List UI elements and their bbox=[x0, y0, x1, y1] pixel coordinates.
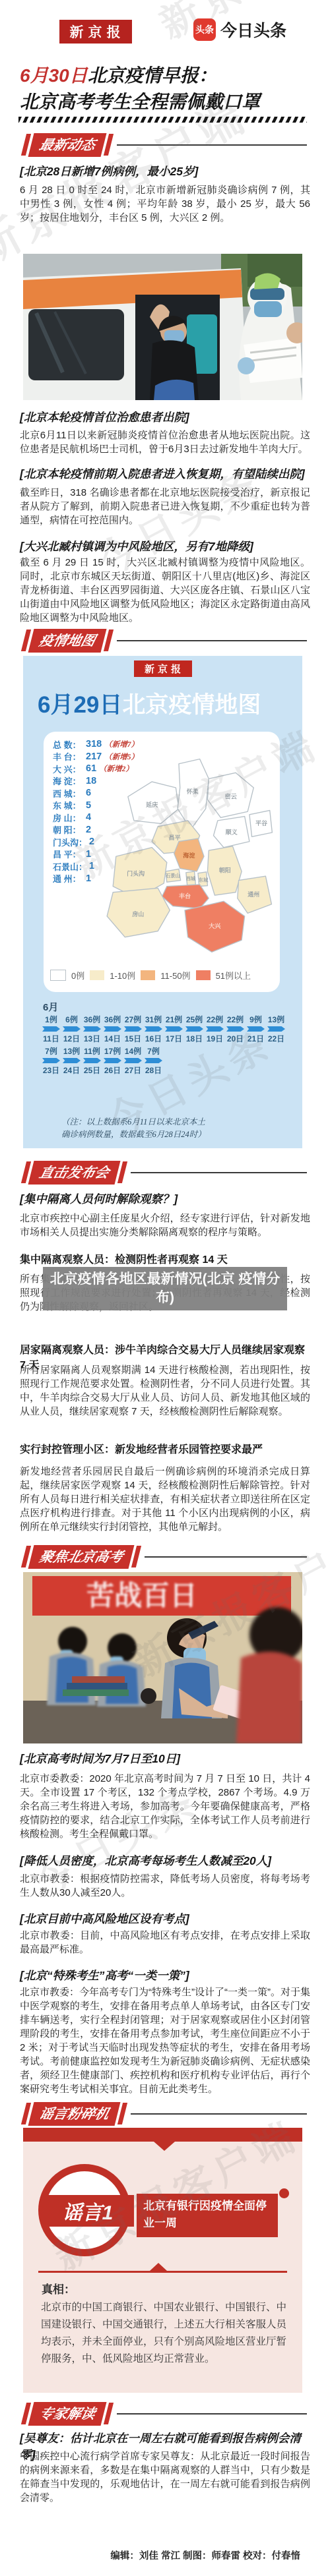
section-rule bbox=[145, 1556, 307, 1558]
photo-gaokao-classroom: 苦战百日 bbox=[23, 1572, 302, 1743]
stat-row: 门头沟：2 bbox=[53, 836, 94, 848]
section-header-expert: 专家解读 bbox=[24, 2403, 307, 2424]
video-caption-overlay: 北京疫情各地区最新情况(北京 疫情分布) bbox=[43, 1267, 287, 1310]
stat-row: 总 数：318（新增7） bbox=[53, 738, 139, 751]
legend-swatch-2 bbox=[141, 970, 155, 980]
subheading: 集中隔离观察人员：检测阴性者再观察 14 天 bbox=[20, 1251, 313, 1266]
paragraph: 所有居家隔离人员观察期满 14 天进行核酸检测，若出现阳性，按照现行工作规范要求… bbox=[20, 1363, 310, 1419]
legend-label: 11-50例 bbox=[160, 969, 190, 981]
stat-row: 丰 台：217（新增5） bbox=[53, 751, 139, 763]
district-label: 昌平 bbox=[169, 834, 181, 841]
district-label: 密云 bbox=[225, 792, 237, 800]
subheading: 实行封控管理小区：新发地经营者乐园管控要求最严 bbox=[20, 1441, 313, 1456]
timeline-col: 14例27日 bbox=[123, 1045, 143, 1076]
district-label: 大兴 bbox=[209, 922, 221, 929]
heading: [降低人员密度，北京高考每场考生人数减至20人] bbox=[20, 1852, 313, 1869]
truth-text: 北京市的中国工商银行、中国农业银行、中国银行、中国建设银行、中国交通银行，上述五… bbox=[41, 2299, 286, 2368]
paragraph: 北京市教委：目前，中高风险地区有考点安排，在考点安排上采取最高最严标准。 bbox=[20, 1929, 310, 1956]
stat-row: 朝 阳：2 bbox=[53, 824, 91, 836]
timeline-col: 25例18日 bbox=[185, 1014, 204, 1044]
legend-label: 1-10例 bbox=[110, 969, 135, 981]
legend-swatch-1 bbox=[90, 970, 104, 980]
arrow-icon bbox=[124, 1026, 142, 1032]
arrow-icon bbox=[185, 1026, 203, 1032]
timeline-col: 36例14日 bbox=[103, 1014, 122, 1044]
timeline-col: 22例20日 bbox=[226, 1014, 245, 1044]
rumor-claim-box: 北京有银行因疫情全面停业一周 bbox=[137, 2194, 278, 2237]
arrow-icon bbox=[42, 1026, 60, 1032]
stat-row: 石景山：1 bbox=[53, 860, 94, 873]
rumor-badge-label: 谣言1 bbox=[42, 2195, 134, 2227]
photo-ambulance-discharge bbox=[23, 254, 302, 400]
district-label: 丰台 bbox=[179, 893, 191, 900]
dashed-separator bbox=[18, 117, 307, 123]
paragraph: 北京市委教委：2020 年北京高考时间为 7 月 7 日至 10 日，共计 4 … bbox=[20, 1772, 310, 1841]
title-rest: 北京疫情早报： bbox=[88, 65, 217, 86]
timeline-col: 27例15日 bbox=[123, 1014, 143, 1044]
section-rule bbox=[131, 1172, 307, 1173]
district-label: 顺义 bbox=[226, 829, 238, 836]
photo-classroom-illustration: 苦战百日 bbox=[23, 1572, 302, 1743]
district-label: 门头沟 bbox=[127, 869, 145, 877]
arrow-icon bbox=[206, 1026, 224, 1032]
district-label: 通州 bbox=[247, 891, 259, 898]
article-page: 新京报 头条 今日头条 6月30日北京疫情早报： 北京高考考生全程需佩戴口罩 最… bbox=[0, 0, 330, 2576]
timeline-col: 7例23日 bbox=[42, 1045, 61, 1076]
section-label: 谣言粉碎机 bbox=[28, 2102, 121, 2126]
page-title: 6月30日北京疫情早报： 北京高考考生全程需佩戴口罩 bbox=[20, 63, 317, 115]
map-legend: 0例 1-10例 11-50例 51例以上 bbox=[50, 969, 251, 981]
timeline-col: 31例16日 bbox=[144, 1014, 163, 1044]
timeline-row-1: 1例11日 6例12日 36例13日 36例14日 27例15日 31例16日 … bbox=[42, 1014, 286, 1044]
title-line2: 北京高考考生全程需佩戴口罩 bbox=[20, 92, 260, 112]
stat-row: 大 兴：61（新增2） bbox=[53, 763, 133, 775]
section-header-latest: 最新动态 bbox=[24, 134, 307, 156]
district-label: 海淀 bbox=[183, 852, 195, 859]
arrow-icon bbox=[63, 1058, 81, 1063]
timeline-col: 36例13日 bbox=[82, 1014, 102, 1044]
photo-ambulance-illustration bbox=[23, 254, 302, 400]
arrow-icon bbox=[83, 1026, 101, 1032]
legend-label: 51例以上 bbox=[216, 969, 251, 981]
paragraph: 北京市教委：根据疫情防控需求，降低考场人员密度，将每考场考生人数从30人减至20… bbox=[20, 1872, 310, 1900]
section-rule bbox=[117, 144, 307, 146]
timeline-col: 9例21日 bbox=[246, 1014, 265, 1044]
paragraph: 6 月 28 日 0 时至 24 时，北京市新增新冠肺炎确诊病例 7 例，其中男… bbox=[20, 183, 310, 225]
epidemic-map-infographic: 新京报 6月29日北京疫情地图 总 数：318（新增7） 丰 台：217（新增5… bbox=[23, 656, 302, 1148]
legend-swatch-3 bbox=[196, 970, 211, 980]
truth-label: 真相： bbox=[42, 2280, 75, 2297]
district-label: 东城 bbox=[199, 877, 209, 883]
arrow-icon bbox=[104, 1058, 121, 1063]
map-brand-logo: 新京报 bbox=[134, 660, 192, 677]
heading: [北京目前中高风险地区设有考点] bbox=[20, 1910, 313, 1927]
map-title-date: 6月29日 bbox=[38, 692, 122, 718]
overlay-caption-text: 北京疫情各地区最新情况(北京 疫情分布) bbox=[49, 1270, 280, 1307]
section-rule bbox=[131, 2113, 307, 2115]
editor-credits: 编辑：刘佳 常江 制图：师春雷 校对：付春愔 bbox=[110, 2548, 300, 2562]
xinjingbao-logo: 新京报 bbox=[59, 20, 132, 44]
timeline-col: 17例26日 bbox=[103, 1045, 122, 1076]
paragraph: 中国疾控中心流行病学首席专家吴尊友：从北京最近一段时间报告的病例来源来看，多数是… bbox=[20, 2449, 310, 2505]
heading: [北京本轮疫情前期入院患者进入恢复期，有望陆续出院] bbox=[20, 465, 313, 482]
arrow-icon bbox=[104, 1026, 121, 1032]
section-label: 专家解读 bbox=[28, 2402, 107, 2426]
map-title: 6月29日北京疫情地图 bbox=[38, 687, 295, 720]
heading: [北京“特殊考生”高考“一类一策”] bbox=[20, 1967, 313, 1983]
legend-label: 0例 bbox=[71, 969, 84, 981]
section-header-presser: 直击发布会 bbox=[24, 1161, 307, 1183]
section-rule bbox=[117, 2413, 307, 2415]
section-label: 聚焦北京高考 bbox=[28, 1545, 135, 1569]
stat-row: 海 淀：18 bbox=[53, 775, 96, 788]
rumor-divider bbox=[38, 2271, 287, 2273]
map-title-rest: 北京疫情地图 bbox=[122, 692, 261, 718]
arrow-icon bbox=[63, 1026, 81, 1032]
arrow-icon bbox=[42, 1058, 60, 1063]
timeline-col: 11例25日 bbox=[82, 1045, 102, 1076]
heading: [北京高考时间为7月7日至10日] bbox=[20, 1750, 313, 1767]
arrow-icon bbox=[145, 1026, 162, 1032]
district-label: 延庆 bbox=[146, 801, 158, 808]
section-label: 疫情地图 bbox=[28, 629, 107, 653]
paragraph: 北京市教委：今年高考专门为“特殊考生”设计了“一类一策”。对于集中医学观察的考生… bbox=[20, 1985, 310, 2096]
beijing-districts-map: 延庆 怀柔 密云 平谷 顺义 昌平 门头沟 海淀 石景山 西城 东城 朝阳 通州… bbox=[95, 746, 275, 964]
paragraph: 截至昨日，318 名确诊患者都在北京地坛医院接受治疗，新京报记者从院方了解到，前… bbox=[20, 486, 310, 527]
timeline-col: 1例11日 bbox=[42, 1014, 61, 1044]
district-label: 朝阳 bbox=[219, 867, 231, 874]
heading: [北京28日新增7例病例，最小25岁] bbox=[20, 163, 313, 179]
timeline-col: 7例28日 bbox=[144, 1045, 163, 1076]
title-date: 6月30日 bbox=[20, 65, 88, 86]
district-label: 平谷 bbox=[255, 819, 267, 827]
district-label: 石景山 bbox=[165, 873, 180, 879]
toutiao-app-icon: 头条 bbox=[193, 18, 216, 41]
arrow-icon bbox=[165, 1026, 183, 1032]
stat-row: 东 城：5 bbox=[53, 800, 91, 812]
arrow-icon bbox=[145, 1058, 162, 1063]
arrow-icon bbox=[247, 1026, 265, 1032]
map-footnote: （注：以上数据系6月11日以来北京本土确诊病例数量，数据截至6月28日24时） bbox=[61, 1116, 206, 1141]
rumor-crusher-card: 谣言1 北京有银行因疫情全面停业一周 真相： 北京市的中国工商银行、中国农业银行… bbox=[23, 2128, 302, 2393]
rumor-top-bar bbox=[23, 2128, 302, 2142]
district-label: 怀柔 bbox=[186, 788, 199, 795]
heading: [集中隔离人员何时解除观察？] bbox=[20, 1190, 313, 1207]
arrow-icon bbox=[226, 1026, 244, 1032]
stat-row: 西 城：6 bbox=[53, 787, 91, 800]
timeline-row-2: 7例23日 13例24日 11例25日 17例26日 14例27日 7例28日 bbox=[42, 1045, 163, 1076]
arrow-icon bbox=[83, 1058, 101, 1063]
stat-row: 昌 平：1 bbox=[53, 848, 91, 861]
timeline-col: 6例12日 bbox=[62, 1014, 81, 1044]
section-header-gaokao: 聚焦北京高考 bbox=[24, 1546, 307, 1567]
timeline-col: 13例24日 bbox=[62, 1045, 81, 1076]
map-panel: 总 数：318（新增7） 丰 台：217（新增5） 大 兴：61（新增2） 海 … bbox=[44, 732, 280, 992]
toutiao-name: 今日头条 bbox=[220, 18, 286, 42]
rumor-notch-icon bbox=[154, 2142, 175, 2151]
timeline-col: 21例17日 bbox=[164, 1014, 183, 1044]
timeline-month-label: 6月 bbox=[43, 1000, 58, 1014]
timeline-col: 22例19日 bbox=[205, 1014, 224, 1044]
section-rule bbox=[117, 640, 307, 641]
section-header-rumor: 谣言粉碎机 bbox=[24, 2103, 307, 2124]
timeline-col: 13例22日 bbox=[267, 1014, 286, 1044]
heading: [北京本轮疫情首位治愈患者出院] bbox=[20, 409, 313, 425]
district-label: 西城 bbox=[186, 876, 196, 882]
legend-swatch-0 bbox=[50, 970, 66, 981]
heading: [大兴北臧村镇调为中风险地区，另有7地降级] bbox=[20, 538, 313, 554]
arrow-icon bbox=[267, 1026, 285, 1032]
paragraph: 截至 6 月 29 日 15 时，大兴区北臧村镇调整为疫情中风险地区。同时，北京… bbox=[20, 556, 310, 625]
section-label: 直击发布会 bbox=[28, 1161, 121, 1185]
stat-row: 房 山：4 bbox=[53, 811, 91, 824]
stat-row: 通 州：1 bbox=[53, 873, 91, 885]
section-header-map: 疫情地图 bbox=[24, 629, 307, 651]
classroom-banner-text: 苦战百日 bbox=[86, 1580, 197, 1611]
toutiao-brand: 头条 今日头条 bbox=[193, 18, 286, 42]
rumor-dot-icon bbox=[279, 2188, 289, 2198]
section-label: 最新动态 bbox=[28, 133, 107, 157]
rumor-pointer-icon bbox=[150, 2263, 167, 2271]
paragraph: 北京6月11日以来新冠肺炎疫情首位治愈患者从地坛医院出院。这位患者是民航机场巴士… bbox=[20, 428, 310, 456]
arrow-icon bbox=[124, 1058, 142, 1063]
paragraph: 北京市疾控中心副主任庞星火介绍，经专家进行评估，针对新发地市场相关人员提出实施分… bbox=[20, 1212, 310, 1239]
district-label: 房山 bbox=[131, 910, 144, 918]
paragraph: 新发地经营者乐园居民自最后一例确诊病例的环境消杀完成日算起，继续居家医学观察 1… bbox=[20, 1465, 310, 1534]
